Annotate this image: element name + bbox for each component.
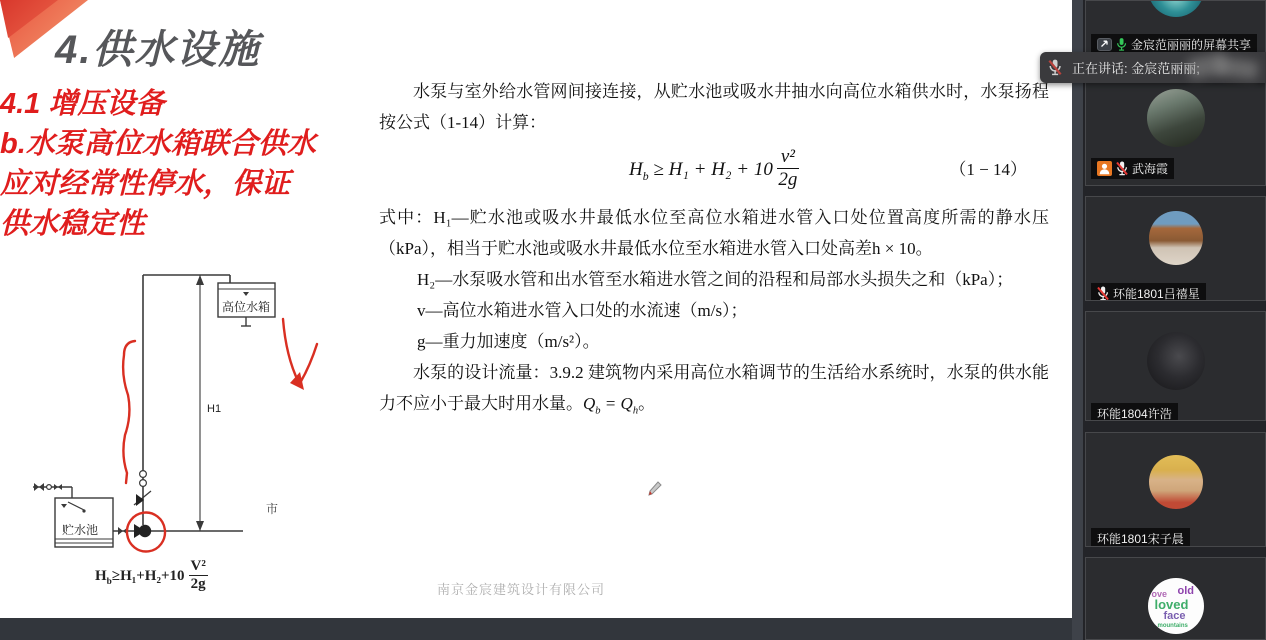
avatar bbox=[1149, 211, 1203, 265]
speaking-toast: 正在讲话: 金宸范丽丽; bbox=[1040, 52, 1266, 83]
mic-on-icon bbox=[1116, 37, 1127, 52]
avatar bbox=[1149, 455, 1203, 509]
red-pen-annotations bbox=[123, 319, 317, 554]
participant-tile[interactable]: 金宸范丽丽的屏幕共享 bbox=[1085, 0, 1266, 55]
red-note-line: 供水稳定性 bbox=[0, 204, 360, 244]
slide-body-text: 水泵与室外给水管网间接连接，从贮水池或吸水井抽水向高位水箱供水时，水泵扬程按公式… bbox=[379, 76, 1049, 426]
participant-name: 环能1801吕禧星 bbox=[1113, 285, 1200, 301]
paragraph: 式中：H₁—贮水池或吸水井最低水位至高位水箱进水管入口处位置高度所需的静水压（k… bbox=[379, 202, 1049, 264]
diagram-formula: Hb≥H₁+H₂+10V²2g bbox=[95, 560, 208, 594]
name-badge: 环能1801宋子晨 bbox=[1091, 528, 1190, 547]
tank-top-label: 高位水箱 bbox=[222, 299, 270, 314]
paragraph: 水泵与室外给水管网间接连接，从贮水池或吸水井抽水向高位水箱供水时，水泵扬程按公式… bbox=[379, 76, 1049, 138]
city-label: 市 bbox=[266, 502, 278, 516]
participant-name: 武海霞 bbox=[1132, 160, 1168, 177]
paragraph: 水泵的设计流量：3.9.2 建筑物内采用高位水箱调节的生活给水系统时，水泵的供水… bbox=[379, 357, 1049, 426]
red-note-line: 4.1 增压设备 bbox=[0, 84, 360, 124]
avatar bbox=[1147, 89, 1205, 147]
formula-terms: H₁ + H₂ + 10 bbox=[669, 159, 773, 180]
formula-relation: ≥ bbox=[649, 159, 669, 180]
paragraph: H₂—水泵吸水管和出水管至水箱进水管之间的沿程和局部水头损失之和（kPa）； bbox=[379, 264, 1049, 295]
red-note-line: 应对经常性停水，保证 bbox=[0, 164, 360, 204]
censored-name-blur bbox=[1215, 56, 1259, 80]
avatar bbox=[1147, 332, 1205, 390]
red-arrowhead bbox=[290, 372, 304, 390]
participant-tile[interactable]: 环能1804许浩 bbox=[1085, 311, 1266, 421]
participant-panel: 金宸范丽丽的屏幕共享 武海霞 环能1801吕禧 bbox=[1072, 0, 1266, 640]
speaking-status-text: 正在讲话: 金宸范丽丽; bbox=[1072, 58, 1200, 77]
participant-name: 金宸范丽丽的屏幕共享 bbox=[1131, 36, 1251, 53]
company-footer: 南京金宸建筑设计有限公司 bbox=[437, 579, 605, 598]
participant-tile[interactable]: 环能1801吕禧星 bbox=[1085, 196, 1266, 301]
formula-term: H bbox=[629, 159, 643, 180]
red-note-line: b.水泵高位水箱联合供水 bbox=[0, 124, 360, 164]
shared-slide: 4.供水设施 4.1 增压设备 b.水泵高位水箱联合供水 应对经常性停水，保证 … bbox=[0, 0, 1072, 618]
slide-title: 4.供水设施 bbox=[55, 18, 260, 75]
mic-muted-icon bbox=[1048, 59, 1062, 76]
participant-tile[interactable]: 环能1801宋子晨 bbox=[1085, 432, 1266, 547]
mic-muted-icon bbox=[1097, 286, 1109, 301]
person-icon bbox=[1097, 161, 1112, 176]
meeting-window: 4.供水设施 4.1 增压设备 b.水泵高位水箱联合供水 应对经常性停水，保证 … bbox=[0, 0, 1266, 640]
formula-fraction: v²2g bbox=[777, 147, 799, 190]
paragraph: v—高位水箱进水管入口处的水流速（m/s）； bbox=[379, 295, 1049, 326]
red-annotation-notes: 4.1 增压设备 b.水泵高位水箱联合供水 应对经常性停水，保证 供水稳定性 bbox=[0, 84, 360, 244]
participant-name: 环能1801宋子晨 bbox=[1097, 530, 1184, 547]
name-badge: 环能1801吕禧星 bbox=[1091, 283, 1206, 301]
participant-name: 环能1804许浩 bbox=[1097, 405, 1172, 421]
screen-share-icon bbox=[1097, 38, 1112, 51]
equation-1-14: Hb ≥ H₁ + H₂ + 10v²2g （1 − 14） bbox=[379, 142, 1049, 198]
h1-dimension-label: H1 bbox=[207, 403, 221, 415]
equation-number: （1 − 14） bbox=[949, 142, 1027, 198]
avatar bbox=[1148, 0, 1204, 17]
pool-label: 贮水池 bbox=[62, 522, 98, 537]
q-equation: Qb = Qh。 bbox=[583, 394, 655, 413]
name-badge: 环能1804许浩 bbox=[1091, 403, 1178, 421]
avatar-wordcloud: ove old loved face mountains bbox=[1148, 578, 1204, 634]
annotation-pencil-cursor bbox=[645, 480, 663, 498]
mic-muted-icon bbox=[1116, 161, 1128, 176]
paragraph: g—重力加速度（m/s²）。 bbox=[379, 326, 1049, 357]
participant-tile[interactable]: ove old loved face mountains bbox=[1085, 557, 1266, 640]
name-badge: 武海霞 bbox=[1091, 158, 1174, 179]
panel-resize-strip[interactable] bbox=[1072, 0, 1083, 640]
